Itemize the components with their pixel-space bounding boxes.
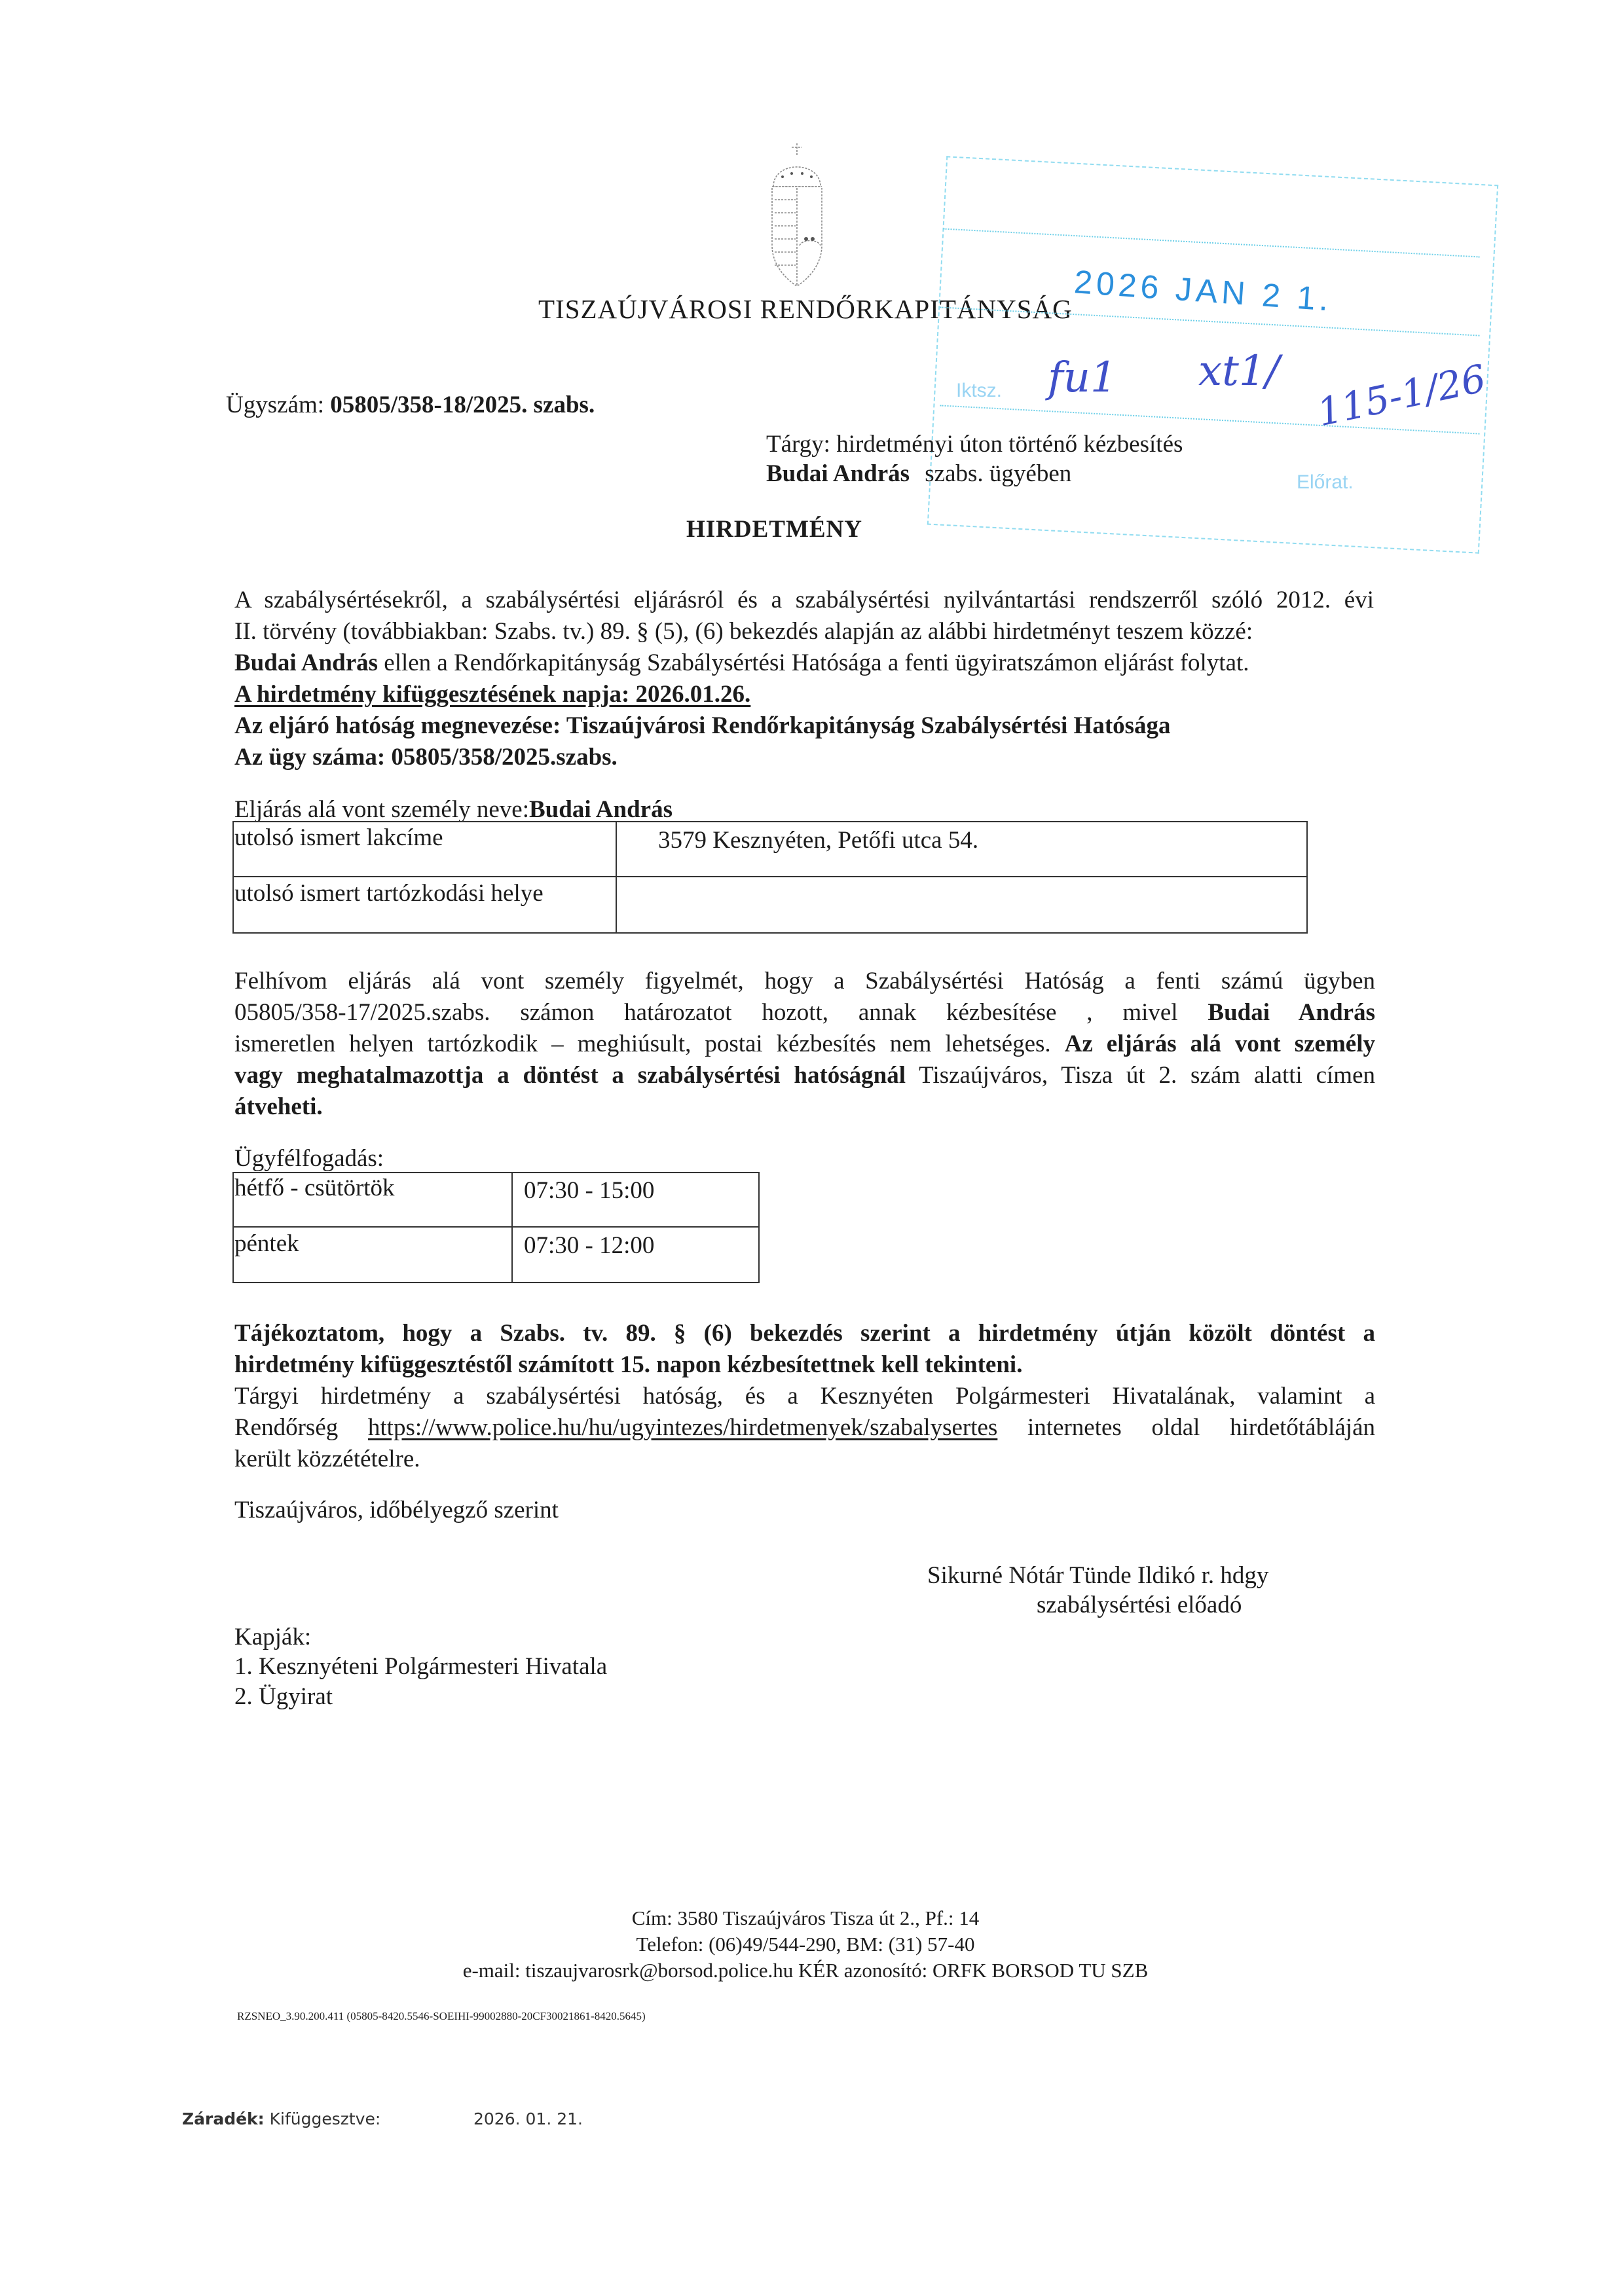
intro-line: A szabálysértésekről, a szabálysértési e… xyxy=(234,585,1374,616)
address-table-row-divider xyxy=(232,876,1308,877)
document-title: HIRDETMÉNY xyxy=(686,514,862,545)
posting-date: A hirdetmény kifüggesztésének napja: 202… xyxy=(234,679,1374,710)
notice-text: ismeretlen helyen tartózkodik – meghiúsu… xyxy=(234,1030,1065,1057)
person-name: Budai András xyxy=(529,796,673,823)
notice-line: átveheti. xyxy=(234,1091,1375,1123)
subject-label: Tárgy: xyxy=(766,431,830,458)
case-number-line: Ügyszám: 05805/358-18/2025. szabs. xyxy=(226,390,595,421)
notice-text: Tiszaújváros, Tisza út 2. szám alatti cí… xyxy=(906,1062,1375,1089)
address-value: 3579 Kesznyéten, Petőfi utca 54. xyxy=(658,826,978,855)
subject-name: Budai András xyxy=(766,460,910,487)
clause-label: Záradék: xyxy=(182,2109,265,2128)
subject-name-line: Budai András szabs. ügyében xyxy=(766,458,1071,490)
clause-line: Záradék: Kifüggesztve: 2026. 01. 21. xyxy=(182,2109,380,2128)
office-hours-day: hétfő - csütörtök xyxy=(234,1174,395,1203)
info-line: Tárgyi hirdetmény a szabálysértési hatós… xyxy=(234,1381,1375,1412)
footer: Cím: 3580 Tiszaújváros Tisza út 2., Pf.:… xyxy=(380,1905,1231,1984)
recipient-item: 2. Ügyirat xyxy=(234,1681,333,1713)
address-table-col-divider xyxy=(616,821,617,934)
notice-line: Felhívom eljárás alá vont személy figyel… xyxy=(234,966,1375,997)
coat-of-arms-icon xyxy=(763,141,832,291)
signatory-name: Sikurné Nótár Tünde Ildikó r. hdgy xyxy=(927,1560,1268,1592)
office-hours-col-divider xyxy=(511,1172,513,1283)
footer-email: e-mail: tiszaujvarosrk@borsod.police.hu … xyxy=(380,1958,1231,1984)
notice-line: ismeretlen helyen tartózkodik – meghiúsu… xyxy=(234,1029,1375,1060)
authority-name: Az eljáró hatóság megnevezése: Tiszaújvá… xyxy=(234,710,1374,742)
info-text: internetes oldal hirdetőtábláján xyxy=(997,1414,1375,1441)
footer-phone: Telefon: (06)49/544-290, BM: (31) 57-40 xyxy=(380,1931,1231,1958)
clause-text: Kifüggesztve: xyxy=(270,2109,381,2128)
intro-paragraph: A szabálysértésekről, a szabálysértési e… xyxy=(234,585,1374,773)
info-paragraph: Tájékoztatom, hogy a Szabs. tv. 89. § (6… xyxy=(234,1318,1375,1475)
info-line: Tájékoztatom, hogy a Szabs. tv. 89. § (6… xyxy=(234,1318,1375,1349)
footer-reference: RZSNEO_3.90.200.411 (05805-8420.5546-SOE… xyxy=(237,2010,646,2023)
subject-text: hirdetményi úton történő kézbesítés xyxy=(836,431,1183,458)
intro-line-rest: ellen a Rendőrkapitányság Szabálysértési… xyxy=(378,649,1249,676)
handwritten-initials: fu1 xyxy=(1048,354,1117,402)
office-hours-time: 07:30 - 12:00 xyxy=(524,1231,654,1260)
notice-text: 05805/358-17/2025.szabs. számon határoza… xyxy=(234,999,1208,1026)
person-name: Budai András xyxy=(1208,999,1375,1026)
case-number-label: Ügyszám: xyxy=(226,392,324,418)
stamp-label: Előrat. xyxy=(1297,471,1354,494)
signatory-role: szabálysértési előadó xyxy=(1037,1590,1242,1621)
handwritten-mark: xt1/ xyxy=(1198,347,1280,395)
info-text: Rendőrség xyxy=(234,1414,368,1441)
person-label: Eljárás alá vont személy neve: xyxy=(234,796,529,823)
case-reference: Az ügy száma: 05805/358/2025.szabs. xyxy=(234,742,1374,773)
case-number: 05805/358-18/2025. szabs. xyxy=(330,392,595,418)
police-website-link[interactable]: https://www.police.hu/hu/ugyintezes/hird… xyxy=(368,1414,997,1441)
office-hours-time: 07:30 - 15:00 xyxy=(524,1176,654,1205)
clause-date: 2026. 01. 21. xyxy=(473,2109,583,2128)
footer-address: Cím: 3580 Tiszaújváros Tisza út 2., Pf.:… xyxy=(380,1905,1231,1931)
info-line: Rendőrség https://www.police.hu/hu/ugyin… xyxy=(234,1412,1375,1444)
subject-suffix: szabs. ügyében xyxy=(925,460,1071,487)
subject-line: Tárgy: hirdetményi úton történő kézbesít… xyxy=(766,429,1183,460)
residence-label: utolsó ismert tartózkodási helye xyxy=(234,879,544,908)
intro-line: Budai András ellen a Rendőrkapitányság S… xyxy=(234,647,1374,679)
notice-line: 05805/358-17/2025.szabs. számon határoza… xyxy=(234,997,1375,1029)
notice-line: vagy meghatalmazottja a döntést a szabál… xyxy=(234,1060,1375,1091)
notice-bold-text: Az eljárás alá vont személy xyxy=(1065,1030,1375,1057)
stamp-label: Iktsz. xyxy=(956,380,1002,402)
place-date: Tiszaújváros, időbélyegző szerint xyxy=(234,1495,559,1526)
office-hours-row-divider xyxy=(232,1226,760,1228)
office-hours-label: Ügyfélfogadás: xyxy=(234,1143,384,1175)
notice-paragraph: Felhívom eljárás alá vont személy figyel… xyxy=(234,966,1375,1123)
address-label: utolsó ismert lakcíme xyxy=(234,824,443,852)
notice-bold-text: vagy meghatalmazottja a döntést a szabál… xyxy=(234,1062,906,1089)
recipients-label: Kapják: xyxy=(234,1622,311,1653)
recipient-item: 1. Kesznyéteni Polgármesteri Hivatala xyxy=(234,1651,607,1683)
person-name: Budai András xyxy=(234,649,378,676)
intro-line: II. törvény (továbbiakban: Szabs. tv.) 8… xyxy=(234,616,1374,647)
office-hours-day: péntek xyxy=(234,1230,299,1258)
info-line: került közzétételre. xyxy=(234,1444,1375,1475)
info-line: hirdetmény kifüggesztéstől számított 15.… xyxy=(234,1349,1375,1381)
